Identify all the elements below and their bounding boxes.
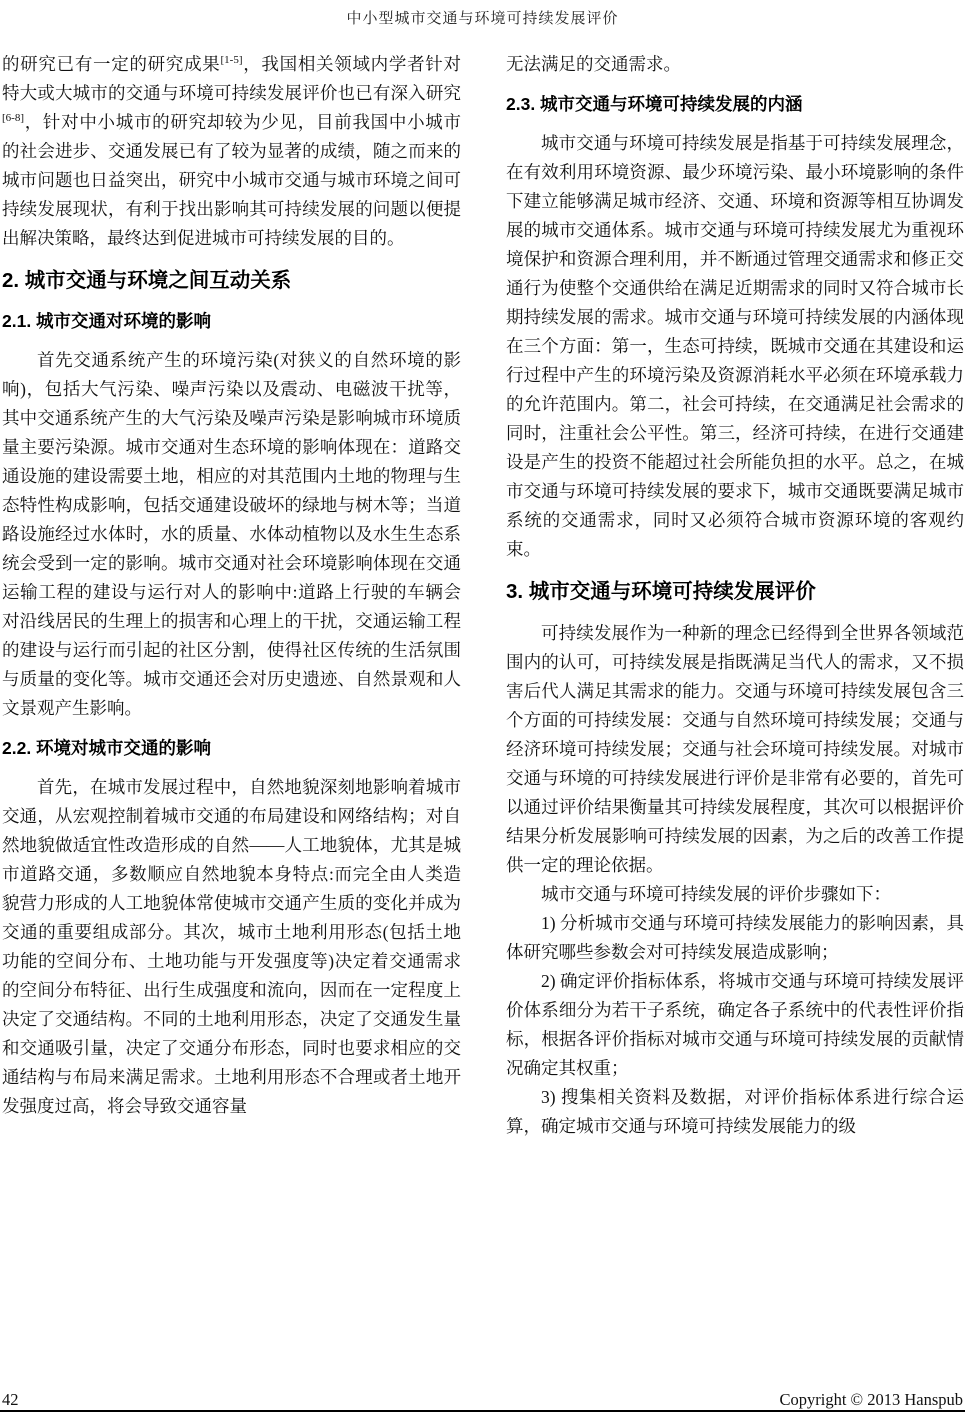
left-column: 的研究已有一定的研究成果[1-5]，我国相关领域内学者针对特大或大城市的交通与环…: [2, 50, 461, 1121]
section-2-heading: 2. 城市交通与环境之间互动关系: [2, 267, 461, 295]
section-2-3-heading: 2.3. 城市交通与环境可持续发展的内涵: [506, 91, 964, 117]
citation-ref-6-8: [6-8]: [2, 112, 24, 124]
intro-text-segment-1: 的研究已有一定的研究成果: [2, 54, 221, 74]
section-2-2-paragraph: 首先，在城市发展过程中，自然地貌深刻地影响着城市交通，从宏观控制着城市交通的布局…: [2, 773, 461, 1121]
section-3-paragraph: 可持续发展作为一种新的理念已经得到全世界各领域范围内的认可，可持续发展是指既满足…: [506, 619, 964, 880]
citation-ref-1-5: [1-5]: [221, 54, 243, 66]
intro-text-segment-3: ，针对中小城市的研究却较为少见，目前我国中小城市的社会进步、交通发展已有了较为显…: [2, 112, 461, 248]
section-2-1-heading: 2.1. 城市交通对环境的影响: [2, 308, 461, 334]
section-2-3-paragraph: 城市交通与环境可持续发展是指基于可持续发展理念，在有效利用环境资源、最少环境污染…: [506, 129, 964, 564]
evaluation-step-1: 1) 分析城市交通与环境可持续发展能力的影响因素，具体研究哪些参数会对可持续发展…: [506, 909, 964, 967]
carryover-paragraph: 无法满足的交通需求。: [506, 50, 964, 79]
running-head-title: 中小型城市交通与环境可持续发展评价: [0, 7, 965, 28]
section-2-2-heading: 2.2. 环境对城市交通的影响: [2, 735, 461, 761]
evaluation-step-3: 3) 搜集相关资料及数据，对评价指标体系进行综合运算，确定城市交通与环境可持续发…: [506, 1083, 964, 1141]
right-column: 无法满足的交通需求。 2.3. 城市交通与环境可持续发展的内涵 城市交通与环境可…: [506, 50, 964, 1141]
footer-divider-line: [0, 1410, 965, 1412]
paper-page: 中小型城市交通与环境可持续发展评价 的研究已有一定的研究成果[1-5]，我国相关…: [0, 0, 965, 1414]
section-2-1-paragraph: 首先交通系统产生的环境污染(对狭义的自然环境的影响)，包括大气污染、噪声污染以及…: [2, 346, 461, 723]
section-3-heading: 3. 城市交通与环境可持续发展评价: [506, 578, 964, 606]
footer-copyright: Copyright © 2013 Hanspub: [780, 1390, 964, 1410]
evaluation-steps-intro: 城市交通与环境可持续发展的评价步骤如下：: [506, 880, 964, 909]
footer-page-number: 42: [2, 1390, 19, 1410]
intro-continuation-paragraph: 的研究已有一定的研究成果[1-5]，我国相关领域内学者针对特大或大城市的交通与环…: [2, 50, 461, 253]
evaluation-step-2: 2) 确定评价指标体系，将城市交通与环境可持续发展评价体系细分为若干子系统，确定…: [506, 967, 964, 1083]
